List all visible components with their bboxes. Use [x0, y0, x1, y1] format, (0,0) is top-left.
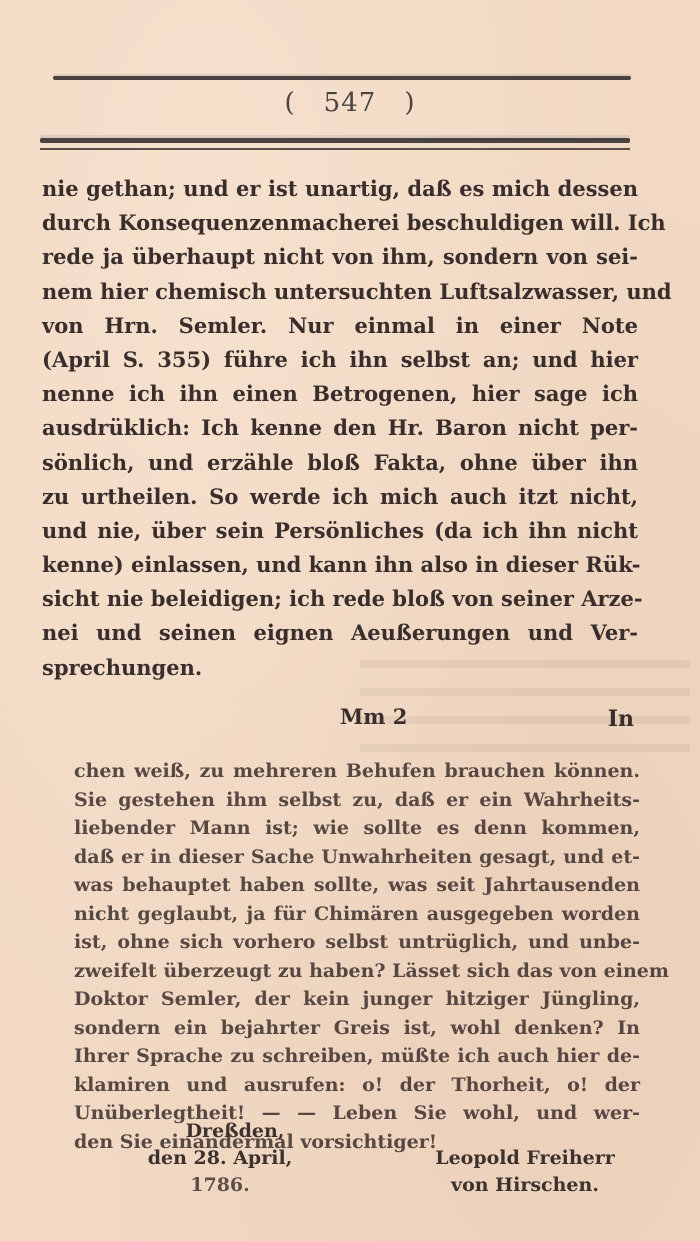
text-line: chen weiß, zu mehreren Behufen brauchen … [74, 757, 640, 786]
signer: Leopold Freiherr von Hirschen. [420, 1145, 630, 1199]
lower-text-block: chen weiß, zu mehreren Behufen brauchen … [74, 757, 640, 1156]
text-line: liebender Mann ist; wie sollte es denn k… [74, 814, 640, 843]
signer-origin: von Hirschen. [420, 1172, 630, 1199]
text-line: Sie gestehen ihm selbst zu, daß er ein W… [74, 786, 640, 815]
text-line: zu urtheilen. So werde ich mich auch itz… [42, 480, 638, 514]
text-line: Doktor Semler, der kein junger hitziger … [74, 985, 640, 1014]
text-line: rede ja überhaupt nicht von ihm, sondern… [42, 240, 638, 274]
place-and-date: Dreßden, den 28. April, 1786. [120, 1118, 320, 1199]
open-paren: ( [285, 88, 296, 118]
page-number-header: (547) [0, 88, 700, 118]
upper-text-block: nie gethan; und er ist unartig, daß es m… [42, 172, 638, 685]
text-line: was behauptet haben sollte, was seit Jah… [74, 871, 640, 900]
header-rule-thin [40, 148, 630, 150]
text-line: klamiren und ausrufen: o! der Thorheit, … [74, 1071, 640, 1100]
text-line: nem hier chemisch untersuchten Luftsalzw… [42, 275, 638, 309]
text-line: nicht geglaubt, ja für Chimären ausgegeb… [74, 900, 640, 929]
place: Dreßden, [120, 1118, 320, 1145]
page-number: 547 [324, 88, 377, 118]
catchword: In [608, 706, 634, 732]
header-rule-top [53, 76, 631, 80]
signer-name: Leopold Freiherr [420, 1145, 630, 1172]
text-line: zweifelt überzeugt zu haben? Lässet sich… [74, 957, 640, 986]
year: 1786. [120, 1172, 320, 1199]
close-paren: ) [404, 88, 415, 118]
text-line: kenne) einlassen, und kann ihn also in d… [42, 548, 638, 582]
text-line: nei und seinen eignen Aeußerungen und Ve… [42, 616, 638, 650]
header-rule-thick [40, 138, 630, 143]
text-line: durch Konsequenzenmacherei beschuldigen … [42, 206, 638, 240]
text-line: ist, ohne sich vorhero selbst untrüglich… [74, 928, 640, 957]
text-line: nie gethan; und er ist unartig, daß es m… [42, 172, 638, 206]
text-line: und nie, über sein Persönliches (da ich … [42, 514, 638, 548]
bleed-through-shadow [360, 660, 690, 760]
text-line: sondern ein bejahrter Greis ist, wohl de… [74, 1014, 640, 1043]
printer-signature-mark: Mm 2 [340, 704, 407, 729]
date: den 28. April, [120, 1145, 320, 1172]
text-line: Ihrer Sprache zu schreiben, müßte ich au… [74, 1042, 640, 1071]
text-line: daß er in dieser Sache Unwahrheiten gesa… [74, 843, 640, 872]
text-line: sönlich, und erzähle bloß Fakta, ohne üb… [42, 446, 638, 480]
text-line: (April S. 355) führe ich ihn selbst an; … [42, 343, 638, 377]
text-line: sicht nie beleidigen; ich rede bloß von … [42, 582, 638, 616]
text-line: ausdrüklich: Ich kenne den Hr. Baron nic… [42, 411, 638, 445]
text-line: von Hrn. Semler. Nur einmal in einer Not… [42, 309, 638, 343]
text-line: nenne ich ihn einen Betrogenen, hier sag… [42, 377, 638, 411]
scanned-book-page: (547) nie gethan; und er ist unartig, da… [0, 0, 700, 1241]
